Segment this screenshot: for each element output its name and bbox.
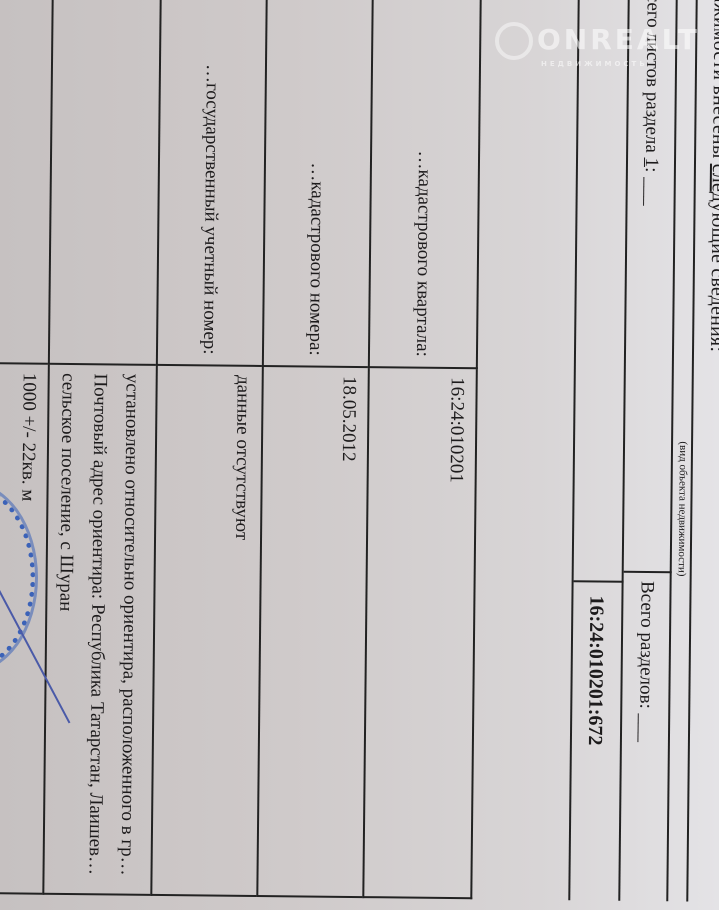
watermark-subtitle: НЕДВИЖИМОСТЬ — [541, 60, 700, 68]
table-row: установлено относительно ориентира, расп… — [43, 0, 161, 895]
watermark-brand: ONREALT — [537, 23, 700, 56]
section-heading: …ижимости внесены следующие сведения: — [705, 0, 719, 352]
row-label — [0, 0, 54, 364]
watermark-logo-icon — [495, 22, 533, 60]
table-row: …кадастрового квартала:16:24:010201 — [363, 0, 481, 898]
heading-suffix: дующие сведения: — [706, 192, 719, 353]
property-info-table: …кадастрового квартала:16:24:010201…када… — [0, 0, 483, 899]
sections-count: Всего разделов: ___ — [634, 581, 658, 742]
divider — [574, 580, 624, 583]
cadastral-number: 16:24:010201:672 — [583, 595, 608, 745]
object-kind-caption: (вид объекта недвижимости) — [676, 441, 689, 576]
sheets-suffix: : ___ — [641, 167, 662, 206]
row-label: …кадастрового номера: — [263, 0, 374, 367]
heading-underlined: сле — [708, 164, 719, 192]
section-number: 1 — [641, 158, 662, 168]
onrealt-watermark: ONREALT НЕДВИЖИМОСТЬ — [495, 22, 700, 68]
row-value: 16:24:010201 — [363, 367, 477, 898]
divider — [624, 571, 672, 574]
table-row: …государственный учетный номер:данные от… — [151, 0, 267, 896]
row-label: …кадастрового квартала: — [369, 0, 482, 368]
heading-prefix: …ижимости внесены — [708, 0, 719, 164]
row-value: установлено относительно ориентира, расп… — [43, 364, 157, 895]
document-photo: …ижимости внесены следующие сведения: (в… — [0, 0, 719, 910]
row-label: …государственный учетный номер: — [157, 0, 268, 366]
row-value: данные отсутствуют — [151, 365, 263, 896]
table-row: …кадастрового номера:18.05.2012 — [257, 0, 373, 897]
divider — [618, 0, 630, 901]
row-label — [49, 0, 162, 365]
row-value: 18.05.2012 — [257, 366, 369, 897]
divider — [568, 0, 580, 900]
document-page: …ижимости внесены следующие сведения: (в… — [0, 0, 719, 902]
